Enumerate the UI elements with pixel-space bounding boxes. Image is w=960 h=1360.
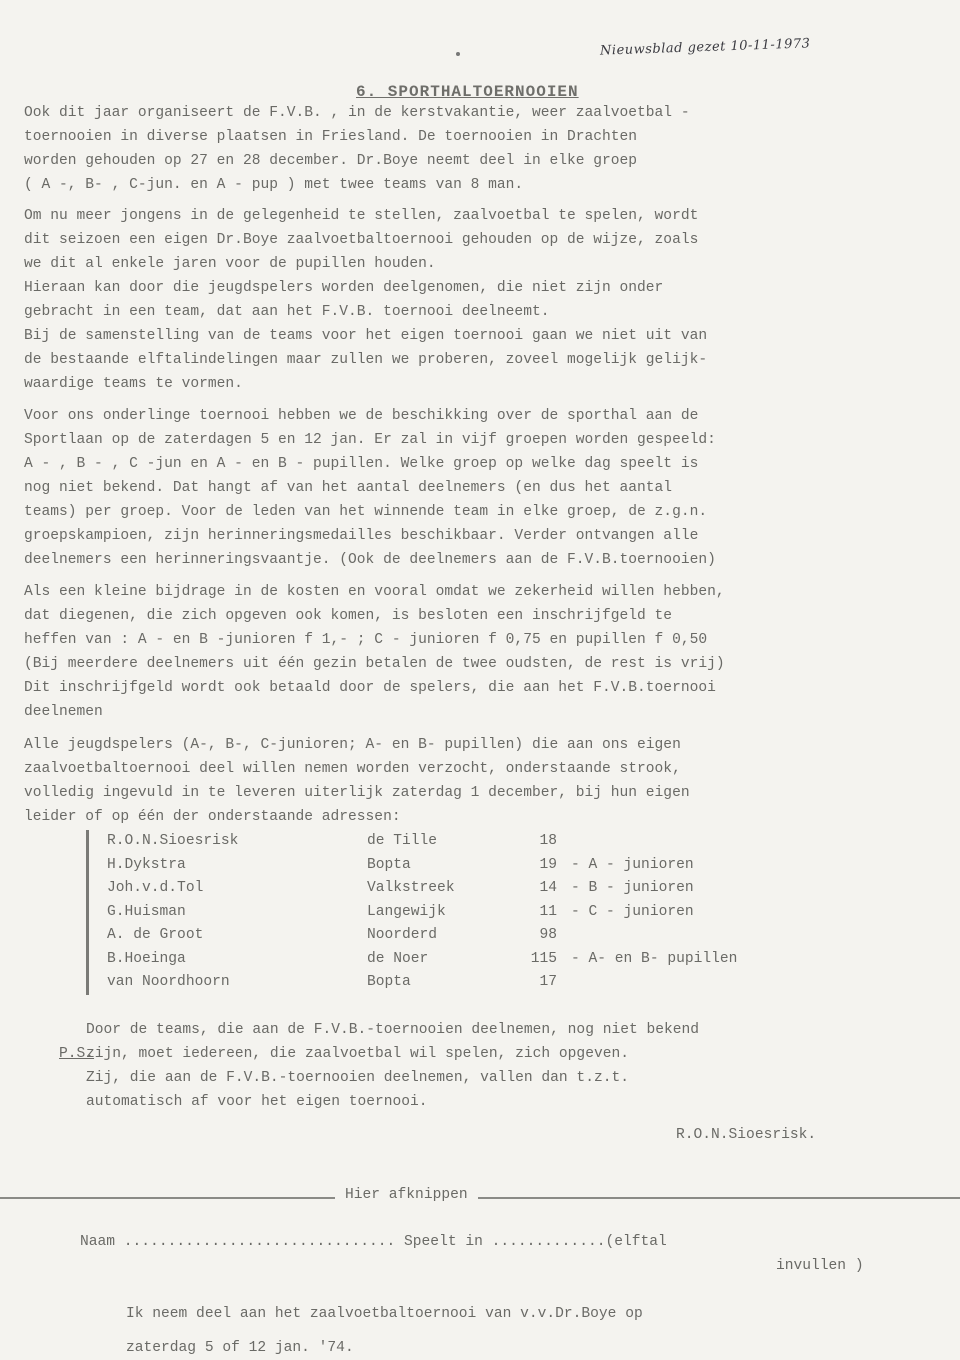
form-name-line-continued: invullen ) [776, 1258, 864, 1274]
contact-address-table: R.O.N.Sioesriskde Tille18H.DykstraBopta1… [86, 830, 831, 995]
page-title: 6. SPORTHALTOERNOOIEN [356, 83, 579, 101]
contact-street: Bopta [367, 854, 517, 878]
contact-name: A. de Groot [107, 924, 367, 948]
cut-line [0, 1197, 960, 1199]
paragraph-fees: Als een kleine bijdrage in de kosten en … [24, 580, 914, 724]
paragraph-registration: Alle jeugdspelers (A-, B-, C-junioren; A… [24, 733, 914, 829]
form-closing-line-1: Ik neem deel aan het zaalvoetbaltoernooi… [126, 1306, 643, 1322]
paragraph-schedule: Voor ons onderlinge toernooi hebben we d… [24, 404, 914, 572]
contact-street: de Tille [367, 830, 517, 854]
document-page: Nieuwsblad gezet 10-11-1973 6. SPORTHALT… [0, 0, 960, 1360]
ps-text: Door de teams, die aan de F.V.B.-toernoo… [86, 1018, 960, 1114]
contact-group: - B - junioren [557, 877, 831, 901]
contact-group: - C - junioren [557, 901, 831, 925]
contact-row: H.DykstraBopta19- A - junioren [107, 854, 831, 878]
contact-number: 19 [517, 854, 557, 878]
contact-group: - A - junioren [557, 854, 831, 878]
contact-row: G.HuismanLangewijk11- C - junioren [107, 901, 831, 925]
contact-group [557, 830, 831, 854]
form-name-line[interactable]: Naam ............................... Spe… [80, 1234, 667, 1250]
contact-row: Joh.v.d.TolValkstreek14- B - junioren [107, 877, 831, 901]
contact-name: G.Huisman [107, 901, 367, 925]
contact-name: B.Hoeinga [107, 948, 367, 972]
contact-row: A. de GrootNoorderd98 [107, 924, 831, 948]
contact-street: Bopta [367, 971, 517, 995]
contact-street: Noorderd [367, 924, 517, 948]
contact-number: 14 [517, 877, 557, 901]
handwritten-note: Nieuwsblad gezet 10-11-1973 [600, 36, 811, 58]
contact-street: de Noer [367, 948, 517, 972]
signature: R.O.N.Sioesrisk. [676, 1127, 816, 1143]
contact-name: van Noordhoorn [107, 971, 367, 995]
contact-number: 115 [517, 948, 557, 972]
contact-row: van NoordhoornBopta17 [107, 971, 831, 995]
contact-number: 11 [517, 901, 557, 925]
ink-dot [456, 52, 460, 56]
contact-street: Valkstreek [367, 877, 517, 901]
contact-group [557, 924, 831, 948]
contact-street: Langewijk [367, 901, 517, 925]
cut-label: Hier afknippen [335, 1187, 478, 1203]
contact-name: R.O.N.Sioesrisk [107, 830, 367, 854]
form-closing-line-2: zaterdag 5 of 12 jan. '74. [126, 1340, 354, 1356]
contact-number: 18 [517, 830, 557, 854]
contact-number: 17 [517, 971, 557, 995]
paragraph-own-tournament: Om nu meer jongens in de gelegenheid te … [24, 204, 914, 396]
contact-number: 98 [517, 924, 557, 948]
contact-group: - A- en B- pupillen [557, 948, 831, 972]
paragraph-intro: Ook dit jaar organiseert de F.V.B. , in … [24, 101, 914, 197]
contact-group [557, 971, 831, 995]
contact-row: R.O.N.Sioesriskde Tille18 [107, 830, 831, 854]
contact-name: Joh.v.d.Tol [107, 877, 367, 901]
contact-name: H.Dykstra [107, 854, 367, 878]
contact-row: B.Hoeingade Noer115- A- en B- pupillen [107, 948, 831, 972]
